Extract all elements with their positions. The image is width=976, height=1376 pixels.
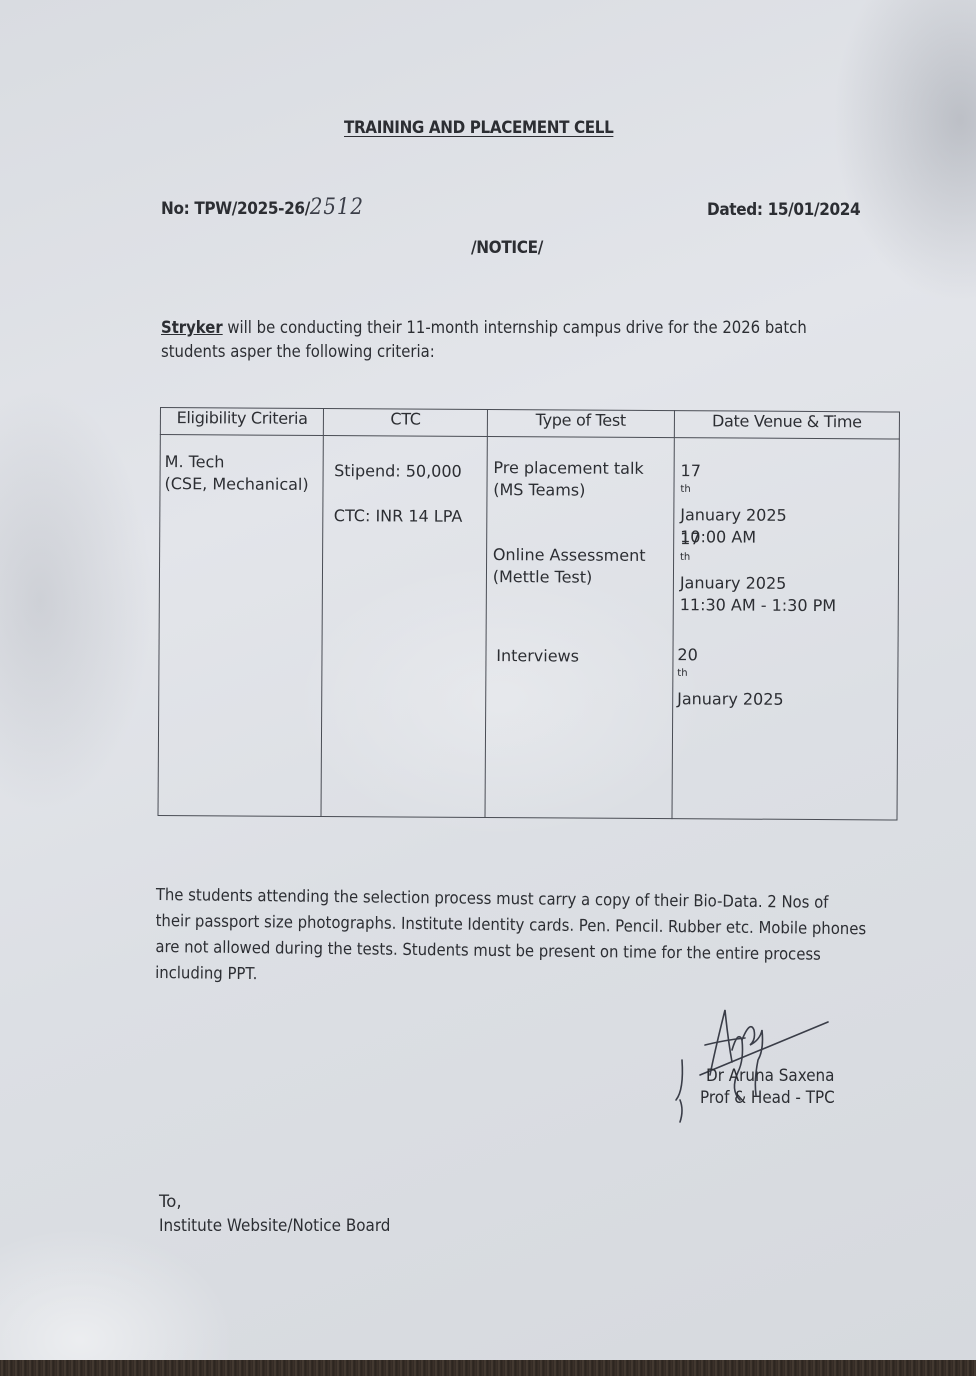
date-month-year: January 2025 (677, 688, 784, 711)
schedule-item: 17th January 2025 11:30 AM - 1:30 PM (680, 528, 837, 617)
header-ctc: CTC (324, 409, 487, 437)
date-day: 17 (680, 528, 836, 551)
test-platform: (Mettle Test) (493, 566, 646, 589)
date-day: 17 (680, 460, 787, 483)
test-name: Online Assessment (493, 544, 646, 567)
date-suffix: th (680, 552, 690, 563)
date-suffix: th (680, 484, 690, 495)
reference-prefix: No: TPW/2025-26/ (161, 199, 310, 219)
recipient-destination: Institute Website/Notice Board (159, 1216, 390, 1235)
date-month-year: January 2025 (680, 572, 836, 595)
reference-handwritten: 2512 (310, 195, 364, 220)
test-item: Pre placement talk (MS Teams) (493, 457, 644, 502)
test-item: Interviews (496, 645, 579, 668)
ctc-cell: Stipend: 50,000 CTC: INR 14 LPA (321, 436, 487, 818)
desk-surface (0, 1360, 976, 1376)
intro-paragraph: Stryker will be conducting their 11-mont… (161, 316, 845, 364)
stipend: Stipend: 50,000 (334, 460, 462, 483)
date-venue-time-cell: 17th January 2025 10:00 AM 17th January … (672, 438, 899, 820)
notice-paper: TRAINING AND PLACEMENT CELL No: TPW/2025… (0, 0, 976, 1360)
table-row: M. Tech (CSE, Mechanical) Stipend: 50,00… (158, 435, 899, 821)
test-item: Online Assessment (Mettle Test) (493, 544, 646, 589)
header-date-venue-time: Date Venue & Time (674, 411, 899, 439)
header-title: TRAINING AND PLACEMENT CELL (344, 118, 613, 137)
signatory-title: Prof & Head - TPC (700, 1088, 835, 1107)
date-suffix: th (677, 668, 687, 679)
test-name: Pre placement talk (493, 457, 643, 480)
ctc-value: CTC: INR 14 LPA (334, 505, 463, 528)
signatory-name: Dr Aruna Saxena (706, 1066, 834, 1085)
test-type-cell: Pre placement talk (MS Teams) Online Ass… (485, 436, 674, 818)
date-day: 20 (677, 644, 784, 667)
notice-label: /NOTICE/ (471, 238, 543, 258)
company-name: Stryker (161, 318, 223, 337)
eligibility-degree: M. Tech (165, 451, 309, 474)
dated: Dated: 15/01/2024 (707, 200, 860, 220)
schedule-item: 20th January 2025 (677, 644, 784, 711)
reference-number: No: TPW/2025-26/2512 (161, 195, 364, 220)
time: 11:30 AM - 1:30 PM (680, 594, 836, 617)
criteria-table: Eligibility Criteria CTC Type of Test Da… (158, 407, 900, 821)
header-test-type: Type of Test (487, 409, 674, 437)
eligibility-branches: (CSE, Mechanical) (164, 473, 308, 496)
signature-icon (670, 1000, 870, 1130)
date-month-year: January 2025 (680, 504, 787, 527)
test-name: Interviews (496, 645, 579, 668)
intro-text: will be conducting their 11-month intern… (161, 318, 807, 361)
eligibility-cell: M. Tech (CSE, Mechanical) (158, 435, 324, 817)
instructions-paragraph: The students attending the selection pro… (155, 882, 867, 994)
test-platform: (MS Teams) (493, 479, 643, 502)
header-eligibility: Eligibility Criteria (160, 408, 324, 436)
recipient-to: To, (159, 1192, 182, 1211)
